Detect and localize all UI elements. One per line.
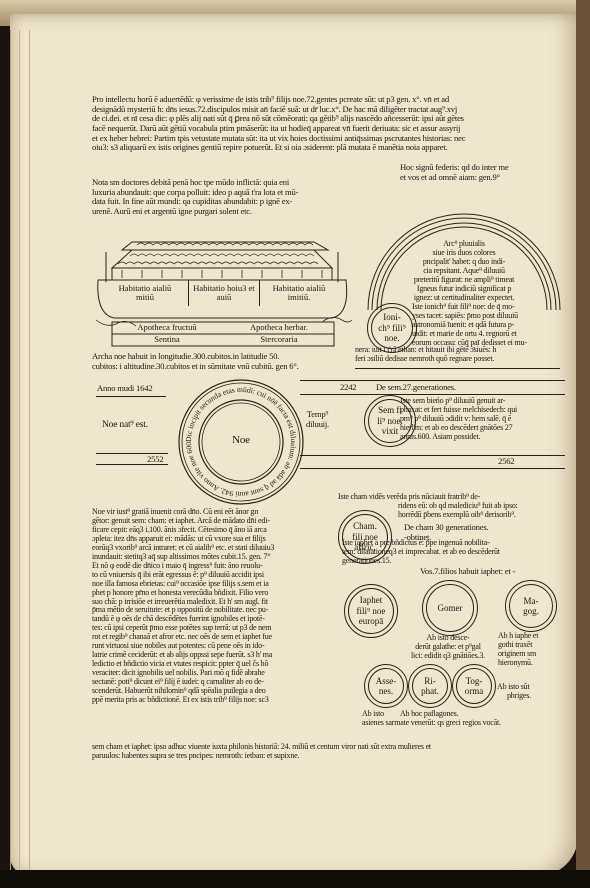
text-line: ppē merita pris ac bñdictionē. Et ex ist… (92, 696, 342, 705)
tempus-diluvii: Temp⁹ diluuij. (306, 410, 329, 429)
medallion-togorma: Tog-orma (452, 664, 496, 708)
asienes-paragraph: Ab istoAb hoc paflagones. asienes sarmat… (362, 710, 567, 728)
text-line: cubitos: i altitudine.30.cubitos et in s… (92, 362, 354, 372)
rule-line (355, 368, 560, 369)
noe-center-label: Noe (177, 434, 305, 446)
binding-edge (576, 0, 590, 888)
text-line: feri ɔsiliū dedisse nemroth quō regnare … (355, 355, 565, 364)
text-line: diluuij. (306, 420, 329, 430)
noah-ark-woodcut: Habitatio aialiū mitiū Habitatio hoiu3 e… (92, 222, 354, 360)
text-line: asienes sarmate venerūt: qs greci regios… (362, 719, 567, 728)
room-wild-animals: Habitatio aialiū imitiū. (264, 280, 334, 306)
room-people-birds: Habitatio hoiu3 et auiū (188, 280, 260, 306)
bottom-shadow (0, 870, 590, 888)
noe-wheel-diagram: Dic incipit secunda etas mūdi: cui nōē f… (177, 378, 305, 506)
rule-line (300, 468, 565, 469)
text-line: generationes.15. (342, 557, 564, 566)
text-line: paruulos: habentes supra se tres pncipes… (92, 752, 562, 761)
medallion-riphat: Ri-phat. (408, 664, 452, 708)
rule-line (300, 394, 565, 395)
text-line: Ab hoc paflagones. (384, 709, 458, 718)
room-label: Apotheca herbar. (250, 323, 308, 332)
closing-paragraph: sem cham et iaphet: ipso adhuc viuente i… (92, 743, 562, 761)
text-line: Ab isto (362, 709, 384, 718)
iaphet-sons: Vos.7.filios habuit iaphet: et - (420, 567, 515, 577)
room-label: Stercoraria (260, 335, 297, 344)
rule-line (300, 455, 565, 456)
room-gentle-animals: Habitatio aialiū mitiū (110, 280, 180, 306)
room-label: Sentina (154, 335, 180, 344)
room-label: Habitatio aialiū imitiū. (264, 284, 334, 303)
year-2562: 2562 (498, 457, 514, 467)
page-edges (10, 30, 39, 870)
sem-generations: De sem.27.generationes. (376, 383, 456, 393)
room-label: Apotheca fructuū (137, 323, 196, 332)
text-line: urenē. Aurū eni et argentū igne purgari … (92, 207, 354, 217)
ionich-paragraph-cont: nera: iuit i t'rā ethan: et hitauit ibi … (355, 346, 565, 364)
text-line: hieronymū. (498, 659, 568, 668)
noe-natus: Noe nat⁹ est. (102, 420, 148, 431)
storage-herbs: Apotheca herbar. (224, 322, 334, 334)
text-line: phriges. (497, 692, 565, 701)
text-line: oiu3: s3 aliquarū ex istis origines gent… (92, 143, 562, 153)
medallion-gomer: Gomer (422, 580, 478, 636)
noe-main-paragraph: Noe vir iust⁹ gratiā inuenit corā dn̄o. … (92, 508, 342, 705)
medallion-iaphet: Iaphetfili⁹ noeeuropā (344, 584, 398, 638)
galathe-paragraph: Ab isto desce- derūt galathe: et p⁹gal l… (398, 634, 498, 661)
text-line: lici: edidit q3 gnātiōes.3. (398, 652, 498, 661)
text-line: annis.600. Asiam possidet. (400, 433, 565, 442)
room-label: Habitatio aialiū mitiū (110, 284, 180, 303)
medallion-asenes: Asse-nes. (364, 664, 408, 708)
medallion-magog: Ma-gog. (505, 580, 557, 632)
rule-line (300, 380, 565, 381)
year-2242: 2242 (340, 383, 356, 393)
dung-room: Stercoraria (224, 334, 334, 346)
ionich-paragraph: Iste ionich⁹ fuit fili⁹ noe: de q̄ mo- y… (412, 303, 564, 348)
rule-line (96, 464, 168, 465)
rainbow-caption: Hoc signū federis: qd do inter me et vos… (400, 163, 565, 182)
goti-paragraph: Ab h iaphe et gothi traxēt originem sm h… (498, 632, 568, 668)
rainbow-text: Arc⁹ pluuialis siue iris duos colores pn… (388, 240, 540, 303)
sem-paragraph: Iste sem bieńo p⁹ diluuiū genuit ar- pha… (400, 397, 565, 442)
ark-caption: Archa noe habuit in longitudie.300.cubit… (92, 352, 354, 371)
text-line: et vos et ad omnē aiam: gen.9° (400, 173, 565, 183)
storage-fruit: Apotheca fructuū (112, 322, 222, 334)
phriges-paragraph: Ab isto sūt phriges. (497, 683, 565, 701)
rule-line (96, 396, 166, 397)
intro-paragraph: Pro intellectu horū ē aduertēdū: φ veris… (92, 95, 562, 153)
nota-paragraph: Nota sm doctores debitā penā hoc tpe mūd… (92, 178, 354, 217)
bilge: Sentina (112, 334, 222, 346)
anno-mundi-label: Anno mudi 1642 (97, 384, 152, 394)
room-label: Habitatio hoiu3 et auiū (189, 284, 259, 303)
